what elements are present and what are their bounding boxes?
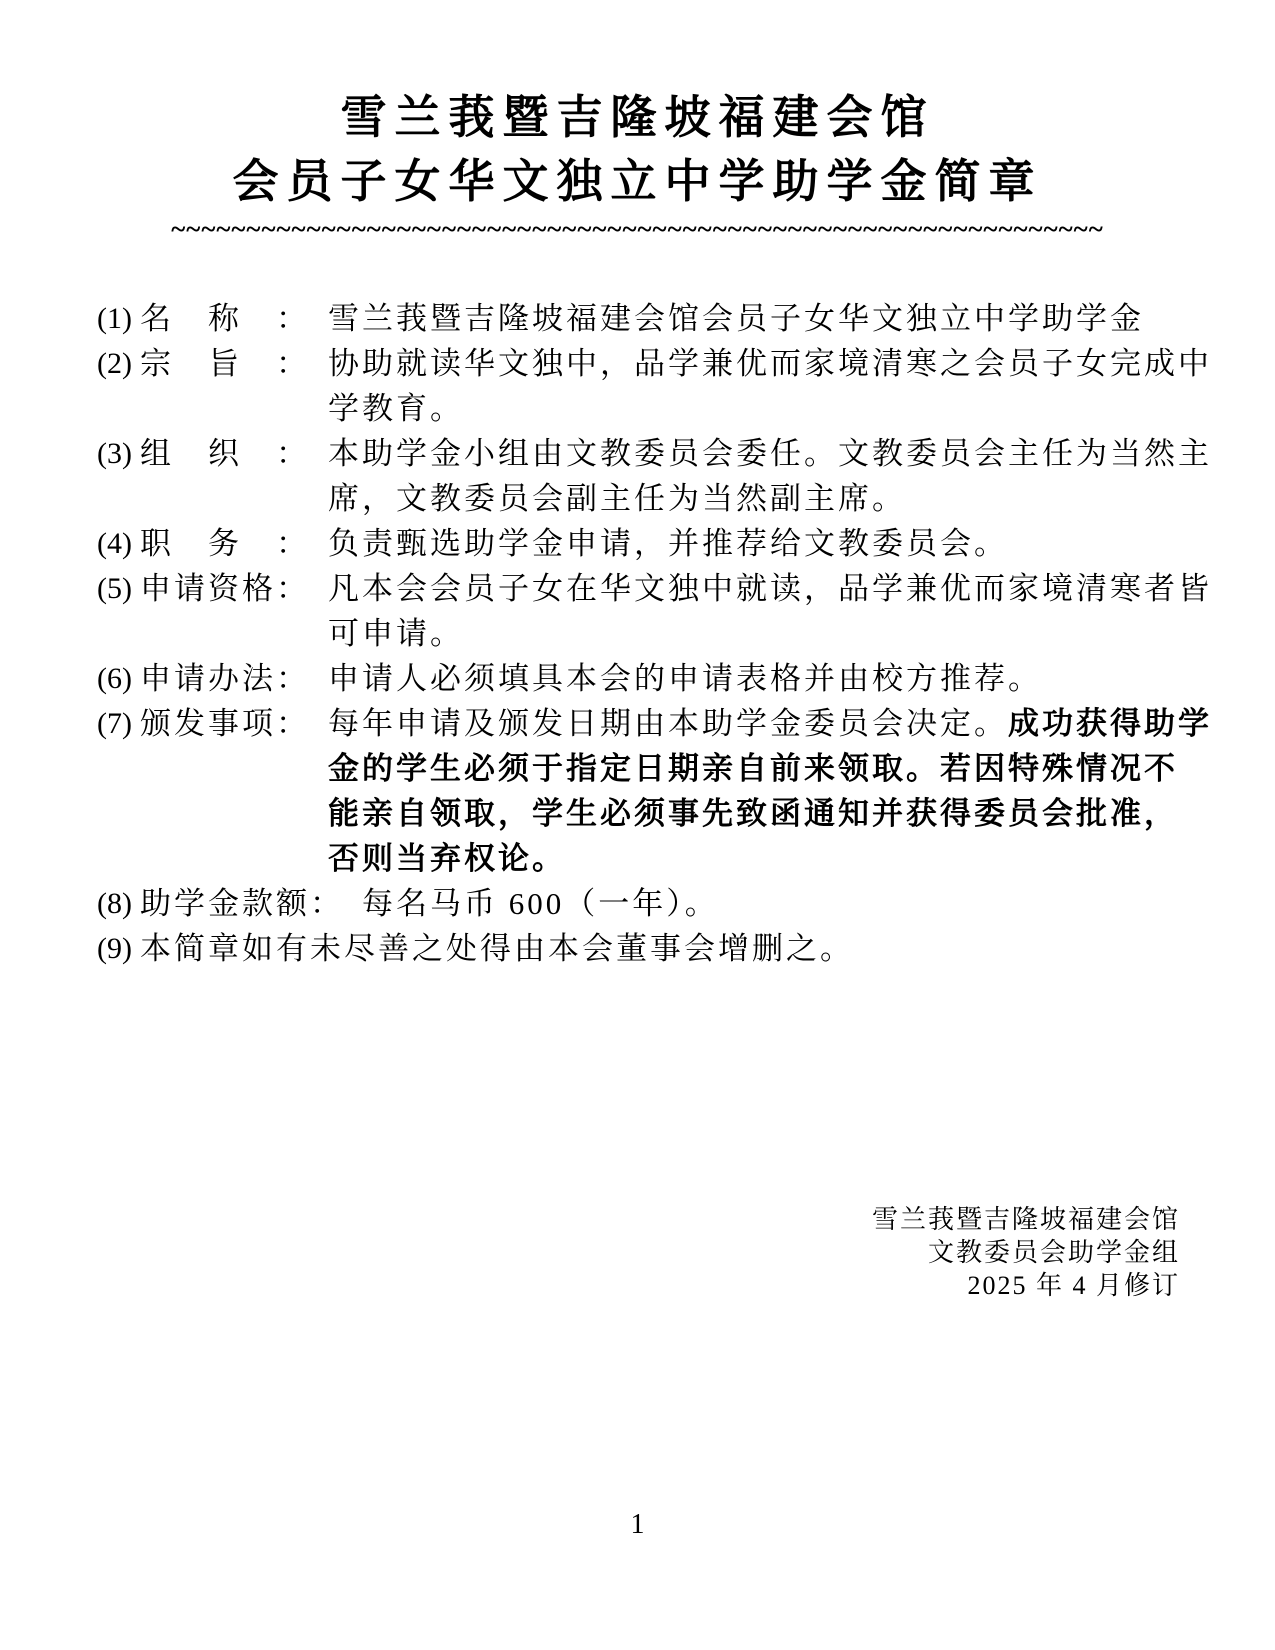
clause-number: (2)	[97, 341, 140, 386]
clause-content-line: 每年申请及颁发日期由本助学金委员会决定。成功获得助学	[328, 701, 1235, 746]
clause-content-line: 协助就读华文独中，品学兼优而家境清寒之会员子女完成中	[328, 341, 1235, 386]
clause-text: 可申请。	[328, 616, 464, 651]
clause-content-line: 能亲自领取，学生必须事先致函通知并获得委员会批准，	[328, 791, 1235, 836]
clause-number: (5)	[97, 566, 140, 611]
clause-number: (4)	[97, 521, 140, 566]
clause-content: 负责甄选助学金申请，并推荐给文教委员会。	[328, 521, 1235, 566]
tilde-divider: ~~~~~~~~~~~~~~~~~~~~~~~~~~~~~~~~~~~~~~~~…	[0, 214, 1275, 244]
clause-label: 组 织 ：	[140, 431, 310, 476]
page-number: 1	[0, 1508, 1275, 1542]
clause-text-bold: 成功获得助学	[1008, 706, 1212, 741]
clause-text: 负责甄选助学金申请，并推荐给文教委员会。	[328, 526, 1008, 561]
clause-content: 雪兰莪暨吉隆坡福建会馆会员子女华文独立中学助学金	[328, 296, 1235, 341]
clause-item-3: (3)组 织 ：本助学金小组由文教委员会委任。文教委员会主任为当然主席，文教委员…	[97, 431, 1235, 521]
clause-number: (7)	[97, 701, 140, 746]
clause-label: 助学金款额：	[140, 881, 344, 926]
clause-content: 每年申请及颁发日期由本助学金委员会决定。成功获得助学金的学生必须于指定日期亲自前…	[328, 701, 1235, 881]
clause-content: 协助就读华文独中，品学兼优而家境清寒之会员子女完成中学教育。	[328, 341, 1235, 431]
clause-content: 申请人必须填具本会的申请表格并由校方推荐。	[328, 656, 1235, 701]
clause-item-7: (7)颁发事项：每年申请及颁发日期由本助学金委员会决定。成功获得助学金的学生必须…	[97, 701, 1235, 881]
clause-number: (1)	[97, 296, 140, 341]
clause-item-9: (9)本简章如有未尽善之处得由本会董事会增删之。	[97, 926, 1235, 971]
clause-content-line: 负责甄选助学金申请，并推荐给文教委员会。	[328, 521, 1235, 566]
signature-revision-date: 2025 年 4 月修订	[872, 1269, 1180, 1302]
clause-label: 宗 旨 ：	[140, 341, 310, 386]
title-block: 雪兰莪暨吉隆坡福建会馆 会员子女华文独立中学助学金简章 ~~~~~~~~~~~~…	[0, 0, 1275, 244]
clause-content-line: 否则当弃权论。	[328, 836, 1235, 881]
clause-item-6: (6)申请办法：申请人必须填具本会的申请表格并由校方推荐。	[97, 656, 1235, 701]
clause-content-line: 可申请。	[328, 611, 1235, 656]
document-page: 雪兰莪暨吉隆坡福建会馆 会员子女华文独立中学助学金简章 ~~~~~~~~~~~~…	[0, 0, 1275, 1650]
clause-content-line: 申请人必须填具本会的申请表格并由校方推荐。	[328, 656, 1235, 701]
clause-content: 凡本会会员子女在华文独中就读，品学兼优而家境清寒者皆可申请。	[328, 566, 1235, 656]
clause-number: (8)	[97, 881, 140, 926]
items-list: (1)名 称 ：雪兰莪暨吉隆坡福建会馆会员子女华文独立中学助学金(2)宗 旨 ：…	[97, 296, 1235, 971]
clause-content-line: 席，文教委员会副主任为当然副主席。	[328, 476, 1235, 521]
clause-text: 申请人必须填具本会的申请表格并由校方推荐。	[328, 661, 1042, 696]
clause-item-5: (5)申请资格：凡本会会员子女在华文独中就读，品学兼优而家境清寒者皆可申请。	[97, 566, 1235, 656]
clause-text-bold: 金的学生必须于指定日期亲自前来领取。若因特殊情况不	[328, 751, 1178, 786]
clause-item-4: (4)职 务 ：负责甄选助学金申请，并推荐给文教委员会。	[97, 521, 1235, 566]
clause-number: (9)	[97, 926, 140, 971]
clause-content-line: 凡本会会员子女在华文独中就读，品学兼优而家境清寒者皆	[328, 566, 1235, 611]
clause-text: 每名马币 600（一年）。	[362, 886, 719, 921]
clause-text: 每年申请及颁发日期由本助学金委员会决定。	[328, 706, 1008, 741]
clause-content-line: 雪兰莪暨吉隆坡福建会馆会员子女华文独立中学助学金	[328, 296, 1235, 341]
clause-text: 协助就读华文独中，品学兼优而家境清寒之会员子女完成中	[328, 346, 1212, 381]
clause-label: 申请资格：	[140, 566, 310, 611]
document-title-line-1: 雪兰莪暨吉隆坡福建会馆	[0, 86, 1275, 150]
clause-text: 雪兰莪暨吉隆坡福建会馆会员子女华文独立中学助学金	[328, 301, 1144, 336]
clause-content-line: 本简章如有未尽善之处得由本会董事会增删之。	[140, 926, 1235, 971]
clause-item-2: (2)宗 旨 ：协助就读华文独中，品学兼优而家境清寒之会员子女完成中学教育。	[97, 341, 1235, 431]
clause-content-line: 每名马币 600（一年）。	[362, 881, 1235, 926]
clause-content-line: 学教育。	[328, 386, 1235, 431]
clause-label: 颁发事项：	[140, 701, 310, 746]
clause-content: 本简章如有未尽善之处得由本会董事会增删之。	[140, 926, 1235, 971]
clause-text: 凡本会会员子女在华文独中就读，品学兼优而家境清寒者皆	[328, 571, 1212, 606]
clause-number: (6)	[97, 656, 140, 701]
clause-item-8: (8)助学金款额：每名马币 600（一年）。	[97, 881, 1235, 926]
clause-content-line: 本助学金小组由文教委员会委任。文教委员会主任为当然主	[328, 431, 1235, 476]
document-title-line-2: 会员子女华文独立中学助学金简章	[0, 150, 1275, 214]
clause-text-bold: 能亲自领取，学生必须事先致函通知并获得委员会批准，	[328, 796, 1178, 831]
clause-text: 席，文教委员会副主任为当然副主席。	[328, 481, 906, 516]
signature-block: 雪兰莪暨吉隆坡福建会馆 文教委员会助学金组 2025 年 4 月修订	[872, 1203, 1180, 1302]
clause-item-1: (1)名 称 ：雪兰莪暨吉隆坡福建会馆会员子女华文独立中学助学金	[97, 296, 1235, 341]
clause-text: 本助学金小组由文教委员会委任。文教委员会主任为当然主	[328, 436, 1212, 471]
clause-content: 本助学金小组由文教委员会委任。文教委员会主任为当然主席，文教委员会副主任为当然副…	[328, 431, 1235, 521]
clause-label: 名 称 ：	[140, 296, 310, 341]
clause-label: 申请办法：	[140, 656, 310, 701]
clause-label: 职 务 ：	[140, 521, 310, 566]
clause-content: 每名马币 600（一年）。	[362, 881, 1235, 926]
clause-text: 本简章如有未尽善之处得由本会董事会增删之。	[140, 931, 854, 966]
clause-text-bold: 否则当弃权论。	[328, 841, 566, 876]
signature-committee: 文教委员会助学金组	[872, 1236, 1180, 1269]
clause-number: (3)	[97, 431, 140, 476]
clause-content-line: 金的学生必须于指定日期亲自前来领取。若因特殊情况不	[328, 746, 1235, 791]
clause-text: 学教育。	[328, 391, 464, 426]
signature-organization: 雪兰莪暨吉隆坡福建会馆	[872, 1203, 1180, 1236]
